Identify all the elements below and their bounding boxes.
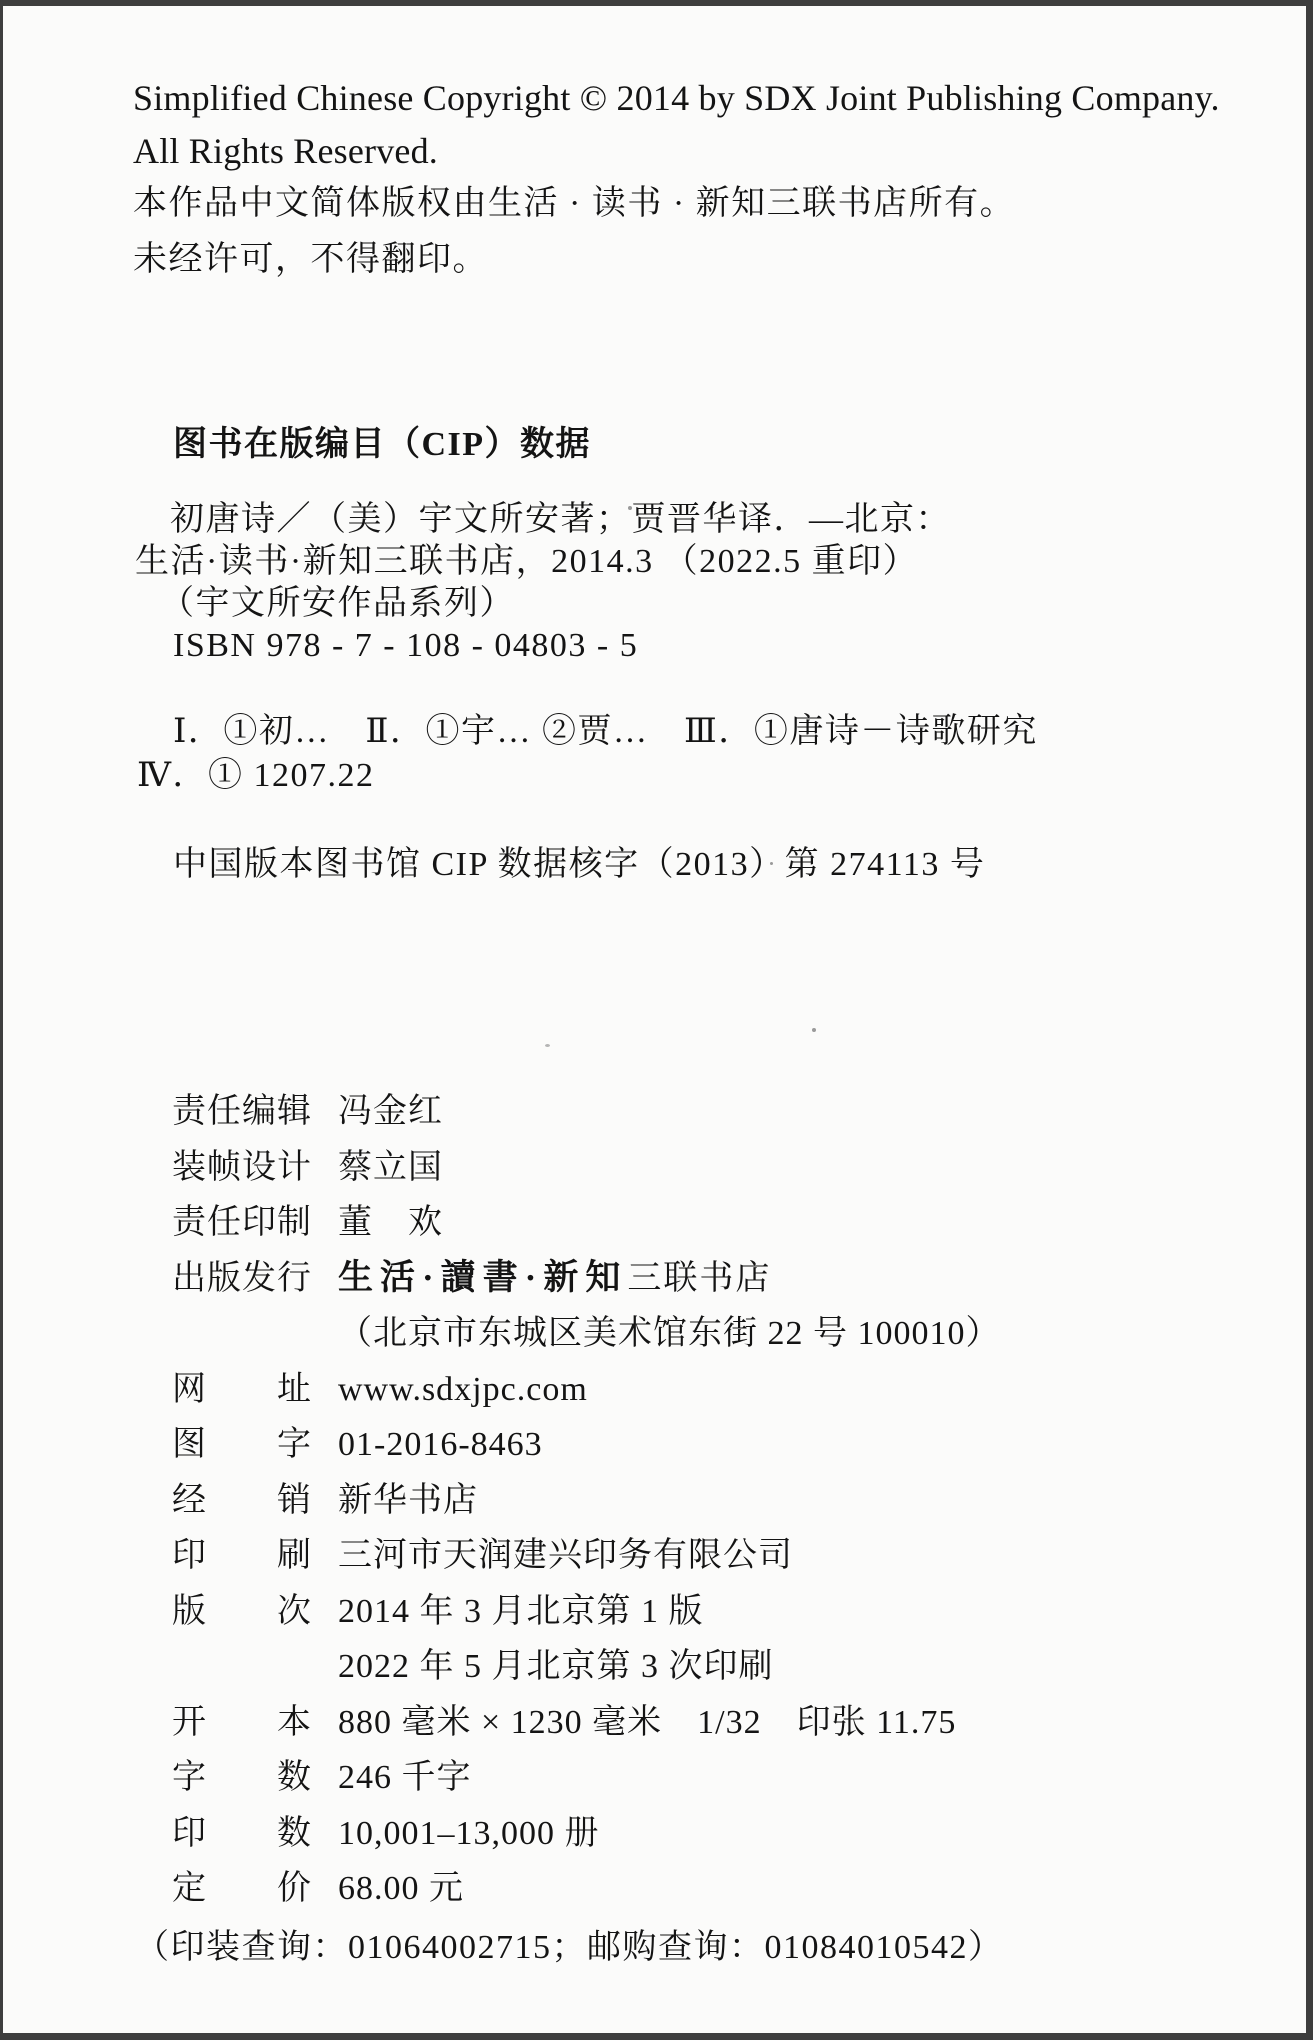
- colophon-value: 2014 年 3 月北京第 1 版: [338, 1593, 704, 1630]
- cip-isbn: ISBN 978 - 7 - 108 - 04803 - 5: [173, 626, 638, 665]
- scan-speck: [770, 862, 773, 865]
- colophon-row-print-run: 印 数10,001–13,000 册: [172, 1805, 1222, 1861]
- colophon-value: 01-2016-8463: [338, 1426, 543, 1463]
- colophon-value: 蔡立国: [338, 1149, 443, 1186]
- colophon-row-license-number: 图 字01-2016-8463: [172, 1416, 1222, 1472]
- colophon-label: 经 销: [172, 1472, 338, 1521]
- cip-entry-line3: （宇文所安作品系列）: [160, 584, 515, 623]
- colophon-label: 责任印制: [172, 1194, 338, 1243]
- colophon-row-distributor: 经 销新华书店: [172, 1472, 1222, 1528]
- colophon-value: 2022 年 5 月北京第 3 次印刷: [338, 1648, 774, 1685]
- colophon-row-publisher: 出版发行生活·讀書·新知三联书店: [172, 1250, 1222, 1306]
- website-url: www.sdxjpc.com: [338, 1371, 588, 1408]
- colophon-row-edition: 版 次2014 年 3 月北京第 1 版: [172, 1583, 1222, 1639]
- cip-entry-line2: 生活·读书·新知三联书店，2014.3 （2022.5 重印）: [135, 542, 918, 581]
- colophon-label: 定 价: [172, 1860, 338, 1909]
- publisher-name: 三联书店: [627, 1260, 771, 1297]
- colophon-label: 字 数: [172, 1749, 338, 1798]
- publisher-address: （北京市东城区美术馆东街 22 号 100010）: [338, 1315, 1001, 1352]
- cip-record-number: 中国版本图书馆 CIP 数据核字（2013）第 274113 号: [173, 845, 985, 884]
- copyright-english-line2: All Rights Reserved.: [133, 131, 438, 172]
- scan-edge-top: [0, 0, 1313, 6]
- colophon-label: 开 本: [172, 1694, 338, 1743]
- copyright-english-line1: Simplified Chinese Copyright © 2014 by S…: [133, 78, 1220, 119]
- colophon-row-format: 开 本880 毫米 × 1230 毫米 1/32 印张 11.75: [172, 1694, 1222, 1750]
- colophon-row-printing: 2022 年 5 月北京第 3 次印刷: [172, 1638, 1222, 1694]
- colophon-row-address: （北京市东城区美术馆东街 22 号 100010）: [172, 1305, 1222, 1361]
- colophon-label: 责任编辑: [172, 1083, 338, 1132]
- colophon-label: 印 刷: [172, 1527, 338, 1576]
- colophon-value: 董 欢: [338, 1204, 443, 1241]
- colophon-value: 冯金红: [338, 1093, 443, 1130]
- colophon-row-designer: 装帧设计蔡立国: [172, 1139, 1222, 1195]
- colophon-label: 图 字: [172, 1416, 338, 1465]
- copyright-chinese-line2: 未经许可，不得翻印。: [133, 240, 488, 279]
- cip-class-line1: Ⅰ．①初… Ⅱ．①宇… ②贾… Ⅲ．①唐诗－诗歌研究: [173, 712, 1038, 751]
- scan-edge-left: [0, 0, 3, 2040]
- scan-speck: [545, 1044, 550, 1047]
- colophon-value: 246 千字: [338, 1759, 472, 1796]
- copyright-chinese-line1: 本作品中文简体版权由生活 · 读书 · 新知三联书店所有。: [133, 184, 1015, 223]
- colophon-label: 装帧设计: [172, 1139, 338, 1188]
- inquiry-phone-footer: （印装查询：01064002715；邮购查询：01084010542）: [135, 1928, 1004, 1967]
- publisher-logo-text: 生活·讀書·新知: [338, 1258, 627, 1297]
- colophon-value: 880 毫米 × 1230 毫米 1/32 印张 11.75: [338, 1704, 956, 1741]
- colophon-row-print-supervisor: 责任印制董 欢: [172, 1194, 1222, 1250]
- colophon-row-editor: 责任编辑冯金红: [172, 1083, 1222, 1139]
- colophon-row-price: 定 价68.00 元: [172, 1860, 1222, 1916]
- scan-edge-bottom: [0, 2033, 1313, 2040]
- scan-speck: [812, 1028, 816, 1032]
- colophon-value: 68.00 元: [338, 1870, 464, 1907]
- colophon-value: 新华书店: [338, 1482, 478, 1519]
- colophon-row-printer: 印 刷三河市天润建兴印务有限公司: [172, 1527, 1222, 1583]
- book-copyright-page: Simplified Chinese Copyright © 2014 by S…: [0, 0, 1313, 2040]
- cip-class-line2: Ⅳ．① 1207.22: [137, 756, 374, 795]
- scan-edge-right: [1306, 0, 1313, 2040]
- colophon-value: 三河市天润建兴印务有限公司: [338, 1537, 793, 1574]
- cip-entry-line1: 初唐诗／（美）宇文所安著；贾晋华译．—北京：: [170, 500, 951, 539]
- colophon-value: 10,001–13,000 册: [338, 1815, 600, 1852]
- colophon-label: 印 数: [172, 1805, 338, 1854]
- colophon-row-word-count: 字 数246 千字: [172, 1749, 1222, 1805]
- colophon-row-website: 网 址www.sdxjpc.com: [172, 1361, 1222, 1417]
- colophon-table: 责任编辑冯金红 装帧设计蔡立国 责任印制董 欢 出版发行生活·讀書·新知三联书店…: [172, 1083, 1222, 1916]
- cip-heading: 图书在版编目（CIP）数据: [173, 425, 591, 464]
- colophon-label: 网 址: [172, 1361, 338, 1410]
- colophon-label: 出版发行: [172, 1250, 338, 1299]
- scan-speck: [628, 506, 632, 510]
- colophon-label: 版 次: [172, 1583, 338, 1632]
